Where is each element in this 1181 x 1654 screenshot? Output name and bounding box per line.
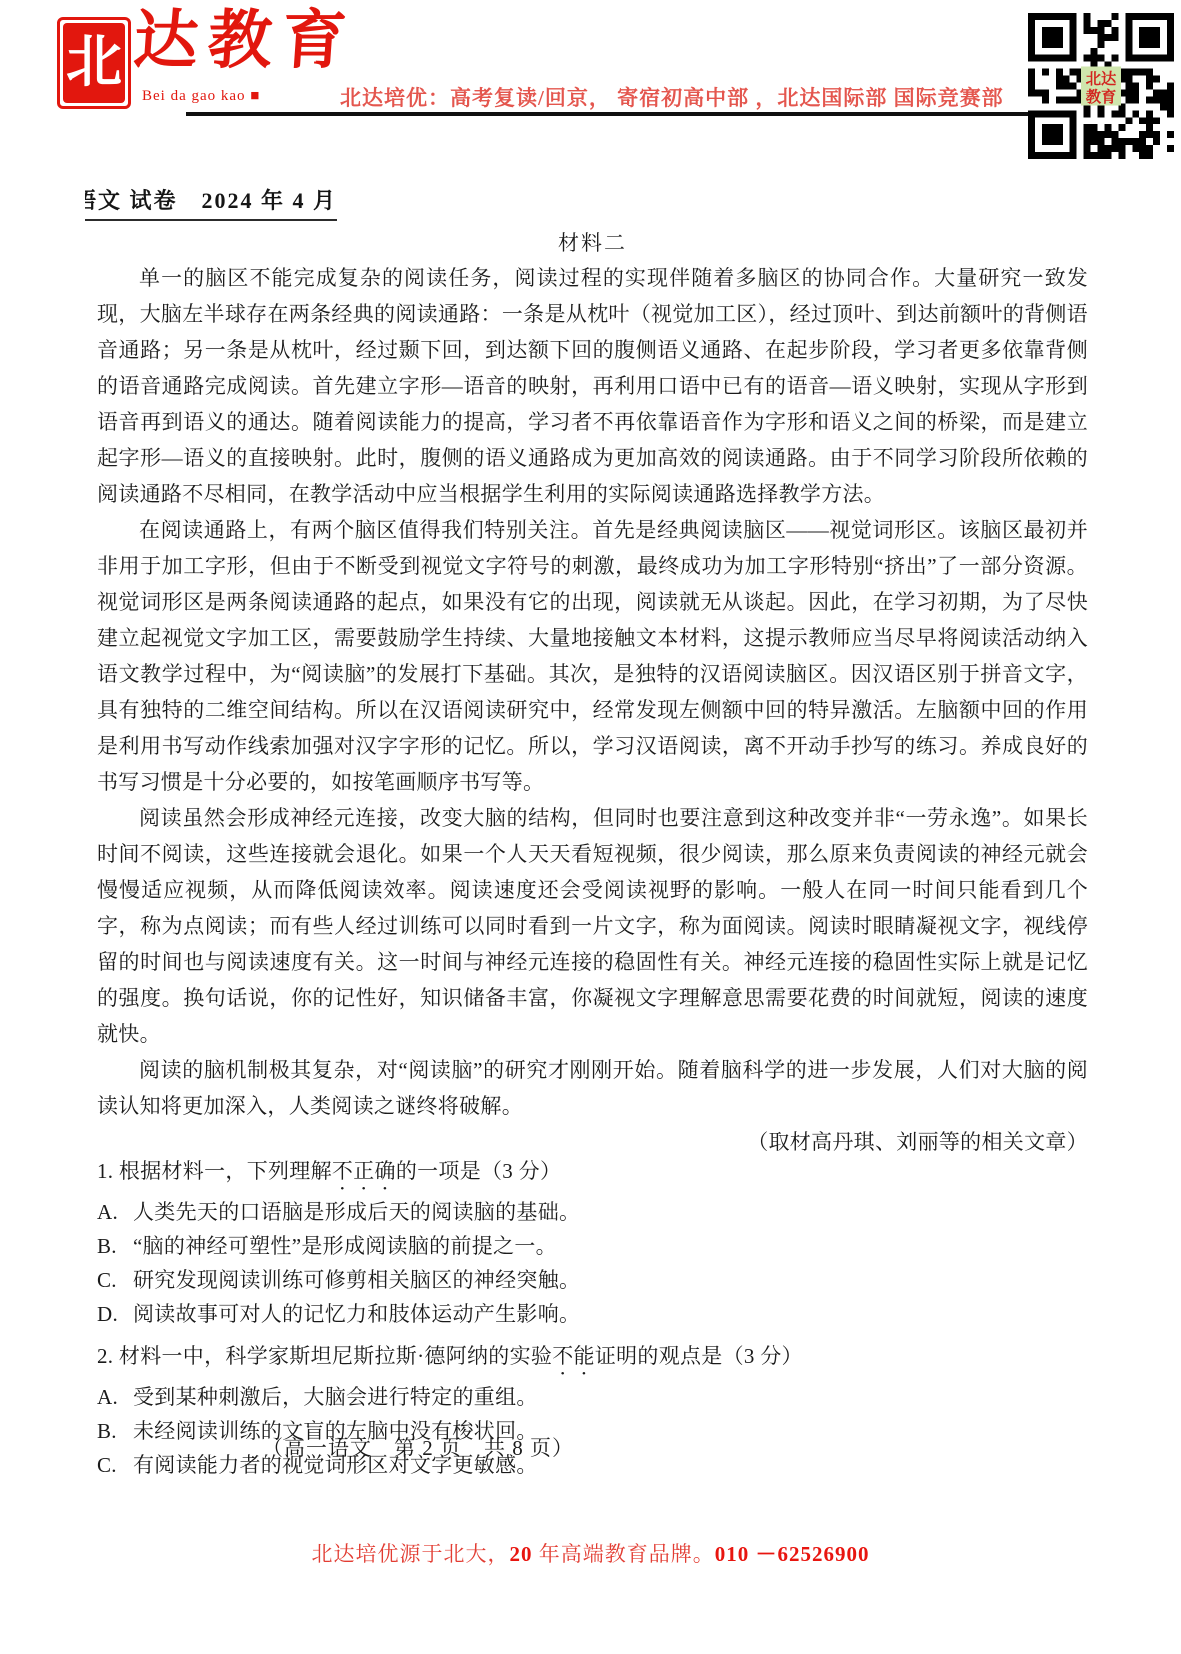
paragraph: 阅读虽然会形成神经元连接，改变大脑的结构，但同时也要注意到这种改变并非“一劳永逸… [97,800,1088,1052]
question-2: 2. 材料一中，科学家斯坦尼斯拉斯·德阿纳的实验不能证明的观点是（3 分） A.… [97,1339,1088,1482]
footer-text: 年高端教育品牌。 [533,1542,715,1566]
option-text: 人类先天的口语脑是形成后天的阅读脑的基础。 [133,1195,1088,1229]
question-1-option-a: A. 人类先天的口语脑是形成后天的阅读脑的基础。 [97,1195,1088,1229]
option-text: 阅读故事可对人的记忆力和肢体运动产生影响。 [133,1297,1088,1331]
exam-title: 语文 试卷 2024 年 4 月 [85,184,337,221]
option-text: 研究发现阅读训练可修剪相关脑区的神经突触。 [133,1263,1088,1297]
footer-years: 20 [510,1542,533,1566]
questions: 1. 根据材料一，下列理解不正确的一项是（3 分） A. 人类先天的口语脑是形成… [97,1154,1088,1482]
question-2-option-c: C. 有阅读能力者的视觉词形区对文字更敏感。 [97,1448,1088,1482]
exam-body: 材料二 单一的脑区不能完成复杂的阅读任务，阅读过程的实现伴随着多脑区的协同合作。… [97,226,1088,1482]
question-2-pre: 2. 材料一中，科学家斯坦尼斯拉斯·德阿纳的实验 [97,1344,552,1368]
seal-character: 北 [63,23,125,103]
exam-page: 北 达教育 Bei da gao kao ■ 北达培优：高考复读/回京， 寄宿初… [0,0,1181,1654]
exam-title-wrap: 语文 试卷 2024 年 4 月 [85,184,337,224]
option-label: A. [97,1380,133,1414]
question-2-emphasis: 不能 [552,1344,595,1368]
brand-name: 达教育 [132,6,359,76]
svg-text:教育: 教育 [1086,88,1117,106]
question-1-option-b: B. “脑的神经可塑性”是形成阅读脑的前提之一。 [97,1229,1088,1263]
question-1-post: 的一项是（3 分） [396,1159,561,1183]
header-tagline: 北达培优：高考复读/回京， 寄宿初高中部 ，北达国际部 国际竞赛部 [340,82,1004,112]
option-label: C. [97,1263,133,1297]
question-2-post: 证明的观点是（3 分） [595,1344,803,1368]
option-label: A. [97,1195,133,1229]
question-1: 1. 根据材料一，下列理解不正确的一项是（3 分） A. 人类先天的口语脑是形成… [97,1154,1088,1331]
qr-code: 北达教育 [1028,13,1174,159]
option-text: 受到某种刺激后，大脑会进行特定的重组。 [133,1380,1088,1414]
paragraph: 在阅读通路上，有两个脑区值得我们特别关注。首先是经典阅读脑区——视觉词形区。该脑… [97,512,1088,800]
option-label: B. [97,1414,133,1448]
brand-footer: 北达培优源于北大，20 年高端教育品牌。010 －62526900 [0,1538,1181,1568]
brand-seal-logo: 北 [57,17,131,109]
header-divider [186,112,1038,116]
page-number: （高一语文 第 2 页 共 8 页） [262,1432,574,1462]
question-2-option-a: A. 受到某种刺激后，大脑会进行特定的重组。 [97,1380,1088,1414]
option-label: D. [97,1297,133,1331]
paragraph: 阅读的脑机制极其复杂，对“阅读脑”的研究才刚刚开始。随着脑科学的进一步发展，人们… [97,1052,1088,1124]
option-text: “脑的神经可塑性”是形成阅读脑的前提之一。 [133,1229,1088,1263]
question-2-stem: 2. 材料一中，科学家斯坦尼斯拉斯·德阿纳的实验不能证明的观点是（3 分） [97,1339,1088,1380]
question-2-option-b: B. 未经阅读训练的文盲的左脑中没有梭状回。 [97,1414,1088,1448]
section-heading: 材料二 [97,226,1088,260]
svg-text:北达: 北达 [1086,71,1117,88]
footer-text: 北达培优源于北大， [312,1542,510,1566]
question-1-stem: 1. 根据材料一，下列理解不正确的一项是（3 分） [97,1154,1088,1195]
brand-pinyin: Bei da gao kao ■ [142,88,260,105]
question-1-option-c: C. 研究发现阅读训练可修剪相关脑区的神经突触。 [97,1263,1088,1297]
option-label: C. [97,1448,133,1482]
paragraph: 单一的脑区不能完成复杂的阅读任务，阅读过程的实现伴随着多脑区的协同合作。大量研究… [97,260,1088,512]
option-label: B. [97,1229,133,1263]
footer-phone: 010 －62526900 [715,1542,870,1566]
question-1-pre: 1. 根据材料一，下列理解 [97,1159,332,1183]
question-1-emphasis: 不正确 [332,1159,396,1183]
question-1-option-d: D. 阅读故事可对人的记忆力和肢体运动产生影响。 [97,1297,1088,1331]
